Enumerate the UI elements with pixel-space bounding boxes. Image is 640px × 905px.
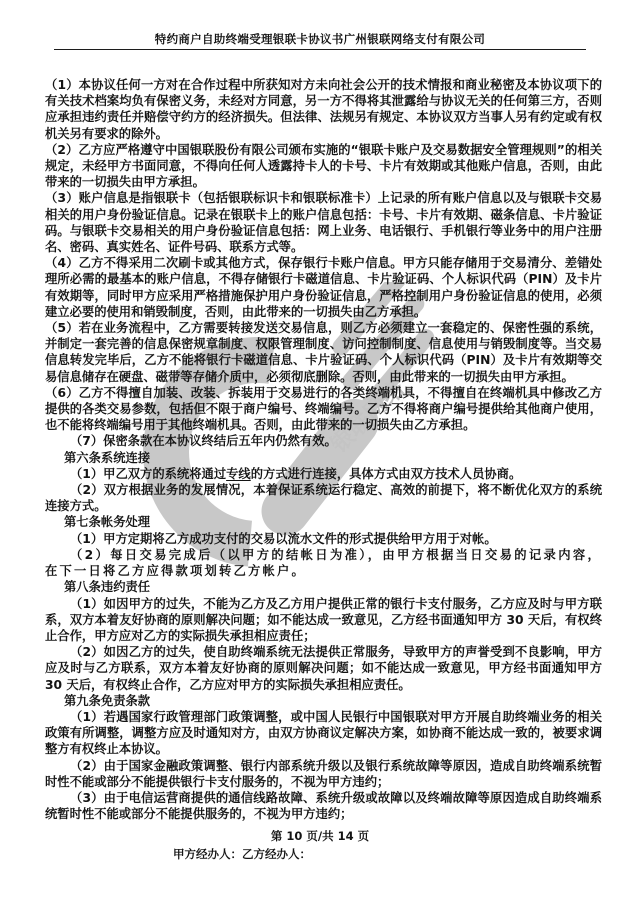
section-6-heading: 第六条系统连接 (45, 450, 602, 466)
contract-document-page: 银联网络 特约商户自助终端受理银联卡协议书广州银联网络支付有限公司 （1）本协议… (0, 0, 640, 905)
party-b-handler-label: 乙方经办人： (242, 847, 311, 861)
confidentiality-clause-7: （7）保密条款在本协议终结后五年内仍然有效。 (45, 433, 602, 449)
section-8-clause-1: （1）如因甲方的过失，不能为乙方及乙方用户提供正常的银行卡支付服务，乙方应及时与… (45, 596, 602, 645)
section-8-heading: 第八条违约责任 (45, 579, 602, 595)
section-7-clause-1: （1）甲方定期将乙方成功支付的交易以流水文件的形式提供给甲方用于对帐。 (45, 531, 602, 547)
section-9-clause-2: （2）由于国家金融政策调整、银行内部系统升级以及银行系统故障等原因，造成自助终端… (45, 758, 602, 790)
section-9-clause-1: （1）若遇国家行政管理部门政策调整，或中国人民银行中国银联对甲方开展自助终端业务… (45, 709, 602, 758)
section-7-clause-2: （2）每日交易完成后（以甲方的结帐日为准），由甲方根据当日交易的记录内容，在下一… (45, 547, 602, 579)
document-title: 特约商户自助终端受理银联卡协议书广州银联网络支付有限公司 (0, 31, 640, 47)
section-6-clause-2: （2）双方根据业务的发展情况，本着保证系统运行稳定、高效的前提下，将不断优化双方… (45, 482, 602, 514)
confidentiality-clause-6: （6）乙方不得擅自加装、改装、拆装用于交易进行的各类终端机具，不得擅自在终端机具… (45, 385, 602, 434)
section-6-clause-1-underlined-term: 专线 (226, 467, 251, 481)
confidentiality-clause-4: （4）乙方不得采用二次刷卡或其他方式，保存银行卡账户信息。甲方只能存储用于交易清… (45, 255, 602, 320)
confidentiality-clause-5: （5）若在业务流程中，乙方需要转接发送交易信息，则乙方必须建立一套稳定的、保密性… (45, 320, 602, 385)
page-number: 第 10 页/共 14 页 (38, 828, 602, 844)
handler-signature-line: 甲方经办人：乙方经办人： (173, 846, 311, 862)
contract-body: （1）本协议任何一方对在合作过程中所获知对方未向社会公开的技术情报和商业秘密及本… (45, 77, 602, 822)
confidentiality-clause-2: （2）乙方应严格遵守中国银联股份有限公司颁布实施的“银联卡账户及交易数据安全管理… (45, 142, 602, 191)
section-9-clause-3: （3）由于电信运营商提供的通信线路故障、系统升级或故障以及终端故障等原因造成自助… (45, 790, 602, 822)
section-6-clause-1: （1）甲乙双方的系统将通过专线的方式进行连接，具体方式由双方技术人员协商。 (45, 466, 602, 482)
section-9-heading: 第九条免责条款 (45, 693, 602, 709)
title-divider-rule (54, 49, 586, 50)
party-a-handler-label: 甲方经办人： (173, 847, 242, 861)
confidentiality-clause-3: （3）账户信息是指银联卡（包括银联标识卡和银联标准卡）上记录的所有账户信息以及与… (45, 190, 602, 255)
section-6-clause-1-post: 的方式进行连接，具体方式由双方技术人员协商。 (251, 467, 522, 481)
section-7-heading: 第七条帐务处理 (45, 514, 602, 530)
section-6-clause-1-pre: （1）甲乙双方的系统将通过 (70, 467, 226, 481)
section-8-clause-2: （2）如因乙方的过失，使自助终端系统无法提供正常服务，导致甲方的声誉受到不良影响… (45, 644, 602, 693)
confidentiality-clause-1: （1）本协议任何一方对在合作过程中所获知对方未向社会公开的技术情报和商业秘密及本… (45, 77, 602, 142)
